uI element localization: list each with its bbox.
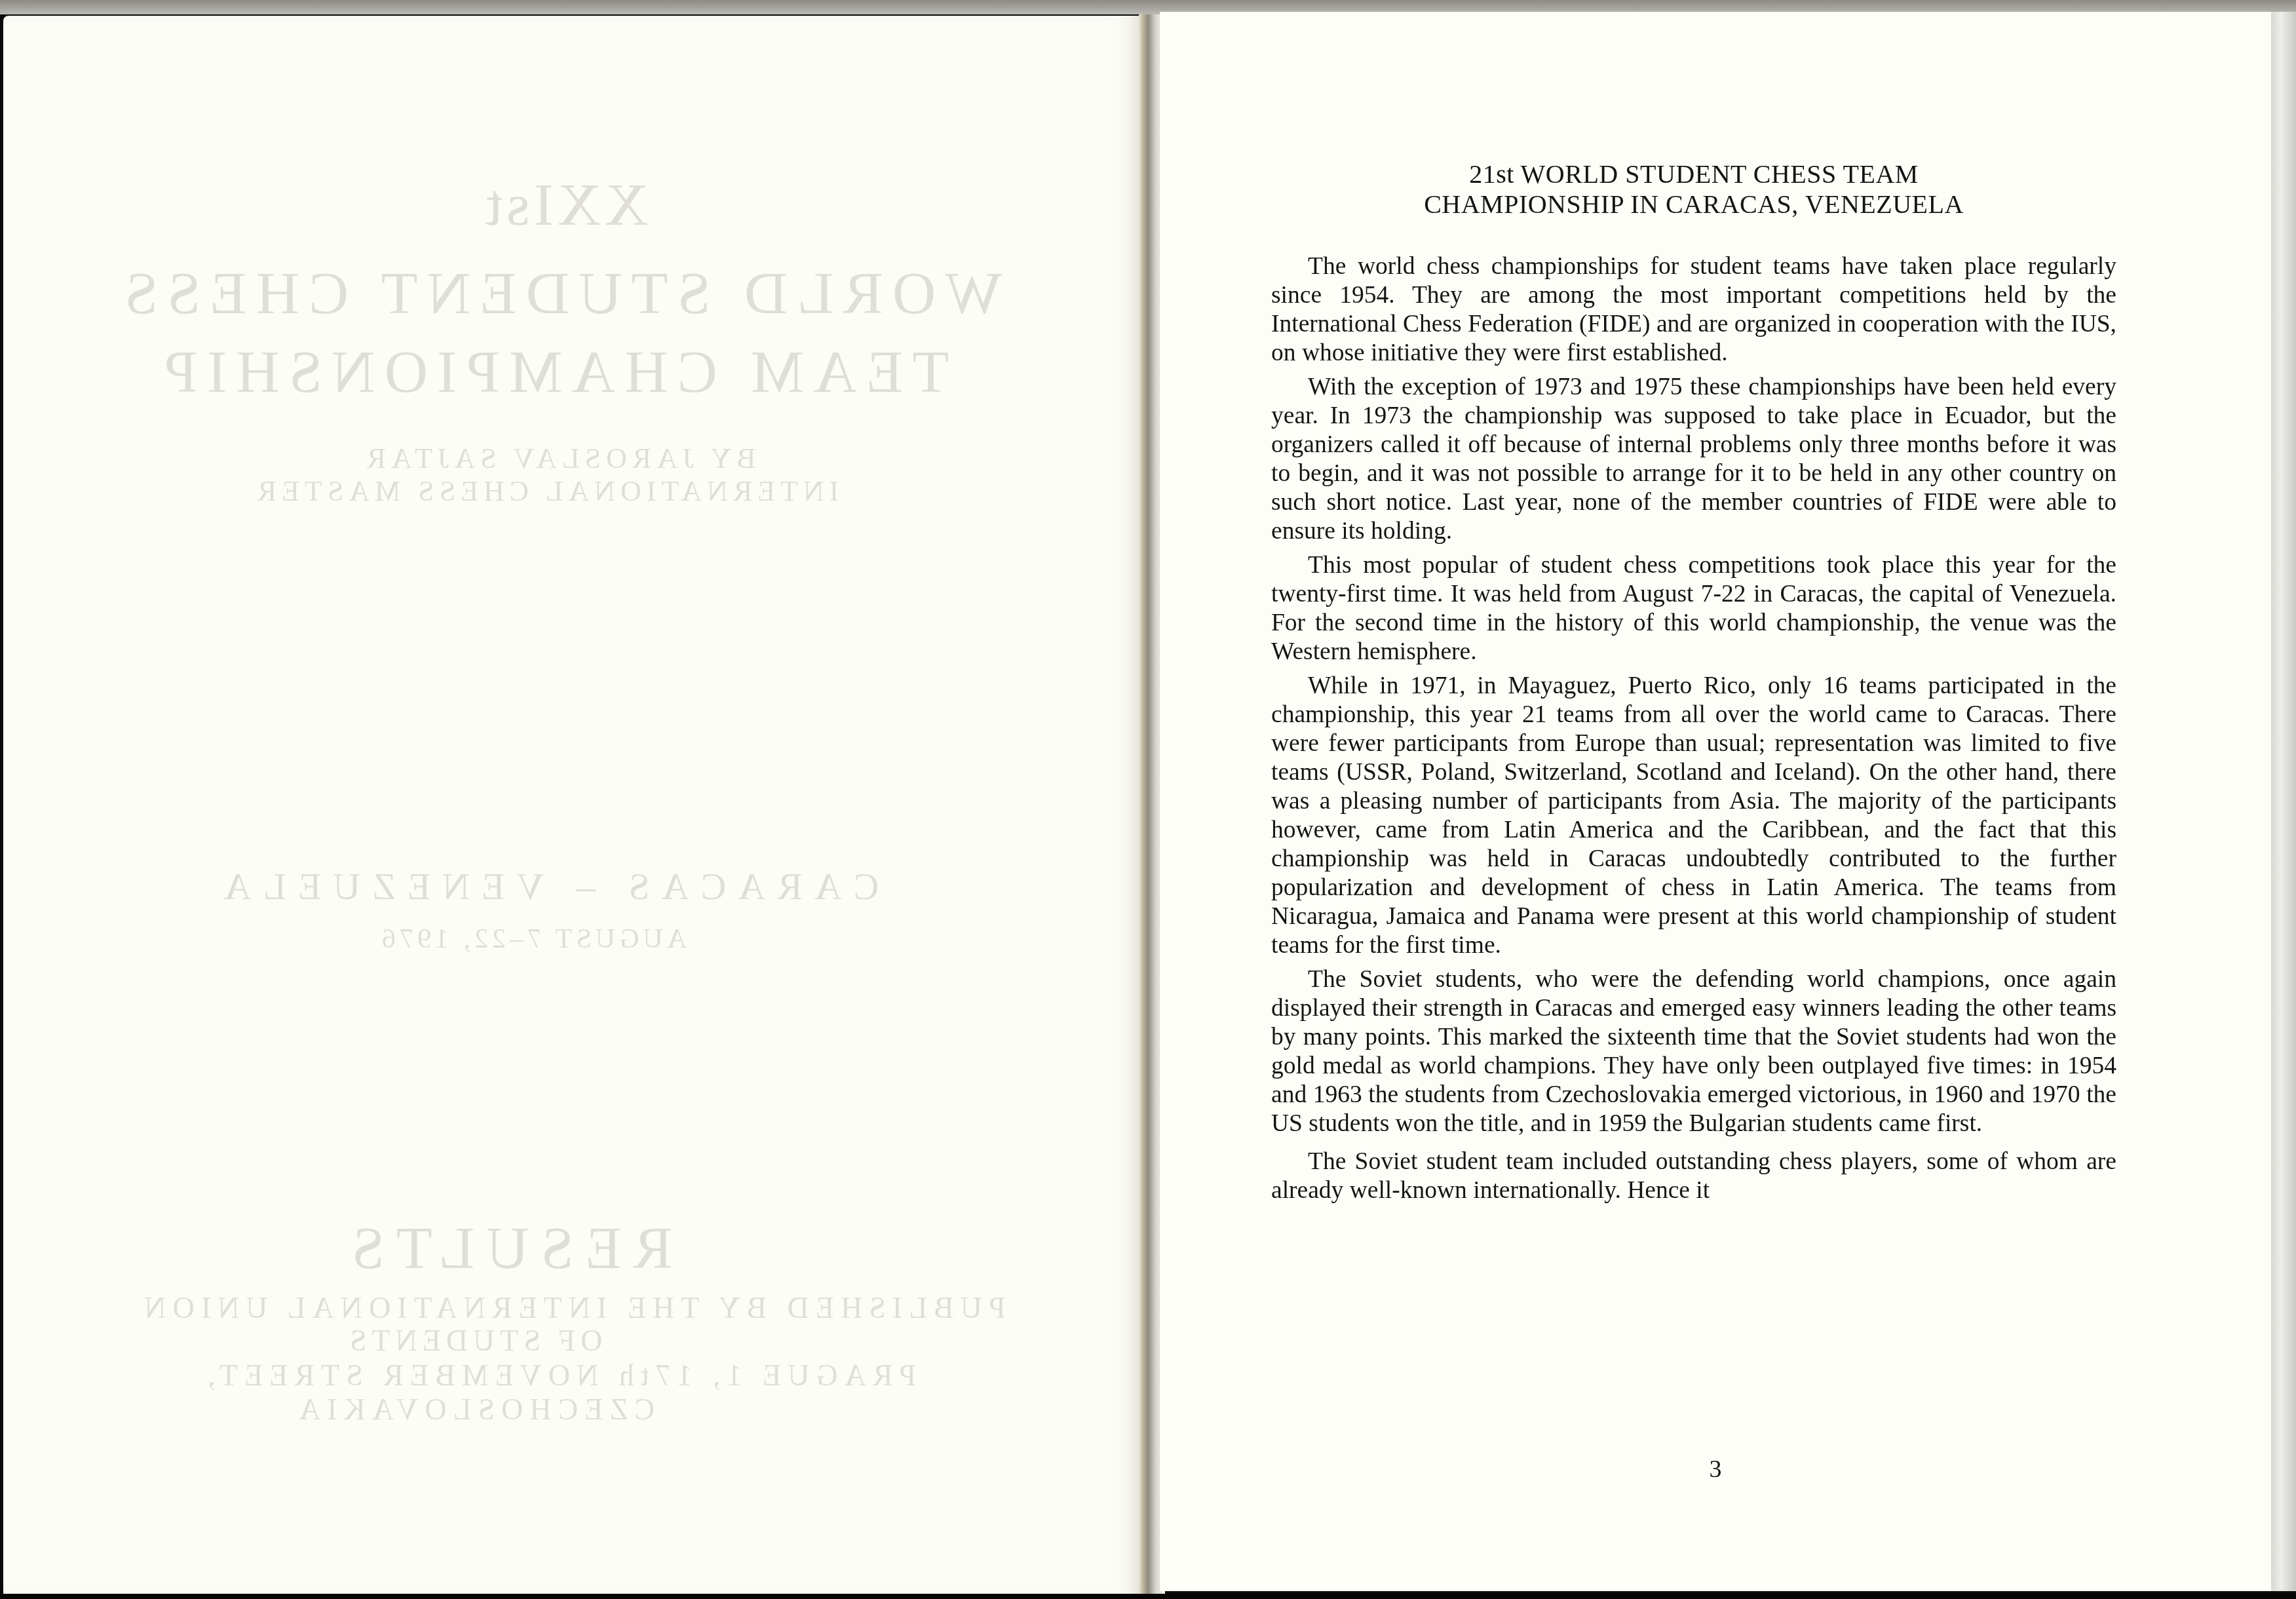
bleed-publisher-4: CZECHOSLOVAKIA [3, 1392, 1042, 1427]
left-page: XXIst WORLD STUDENT CHESS TEAM CHAMPIONS… [3, 16, 1140, 1595]
bleed-publisher-3: PRAGUE 1, 17th NOVEMBER STREET, [3, 1358, 1127, 1393]
paragraph: The Soviet student team included outstan… [1271, 1147, 2116, 1205]
bleed-publisher-1: PUBLISHED BY THE INTERNATIONAL UNION [3, 1290, 1140, 1325]
page-stack-edge [2271, 12, 2296, 1591]
title-line-1: 21st WORLD STUDENT CHESS TEAM [1469, 159, 1919, 189]
bleed-author-title: INTERNATIONAL CHESS MASTER [3, 474, 1114, 508]
bleed-location: CARACAS – VENEZUELA [3, 864, 1114, 908]
paragraph: This most popular of student chess compe… [1271, 551, 2116, 666]
bleed-section: RESULTS [3, 1215, 1075, 1282]
bleed-author: BY JAROSLAV SAJTAR [3, 442, 1127, 475]
paragraph: The world chess championships for studen… [1271, 252, 2116, 368]
page-number: 3 [1160, 1455, 2271, 1484]
bleed-edition: XXIst [3, 170, 1134, 239]
article-title: 21st WORLD STUDENT CHESS TEAM CHAMPIONSH… [1271, 159, 2116, 220]
right-page: 21st WORLD STUDENT CHESS TEAM CHAMPIONSH… [1160, 12, 2271, 1591]
title-line-2: CHAMPIONSHIP IN CARACAS, VENEZUELA [1424, 189, 1964, 219]
bleed-title-line1: WORLD STUDENT CHESS [3, 258, 1127, 328]
bleed-publisher-2: OF STUDENTS [3, 1323, 1042, 1358]
bleed-title-line2: TEAM CHAMPIONSHIP [3, 337, 1120, 406]
paragraph: With the exception of 1973 and 1975 thes… [1271, 373, 2116, 546]
paragraph: While in 1971, in Mayaguez, Puerto Rico,… [1271, 672, 2116, 960]
bleed-dates: AUGUST 7–22, 1976 [3, 923, 1101, 955]
paragraph: The Soviet students, who were the defend… [1271, 965, 2116, 1138]
scanner-bottom-edge [0, 1594, 2296, 1599]
article: 21st WORLD STUDENT CHESS TEAM CHAMPIONSH… [1271, 159, 2116, 1205]
